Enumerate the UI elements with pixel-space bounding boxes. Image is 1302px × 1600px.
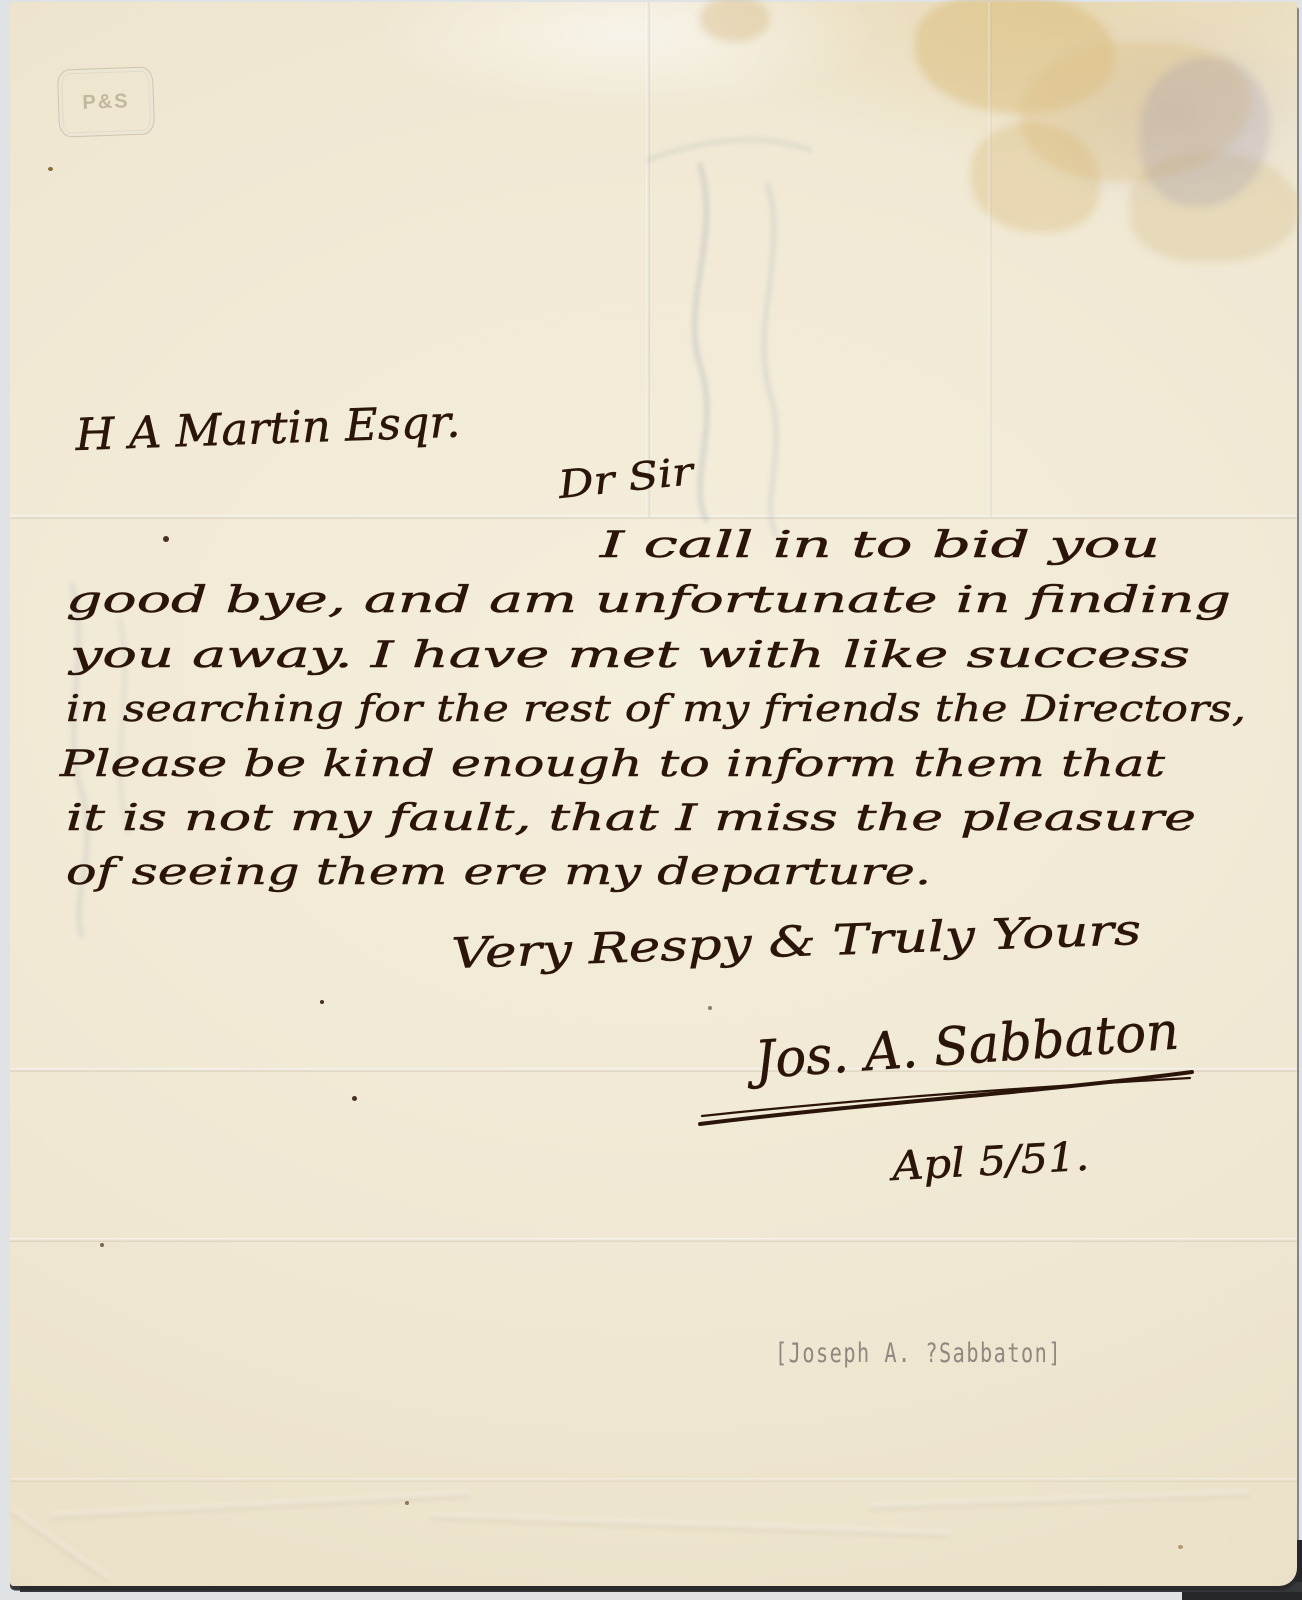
pencil-annotation: [Joseph A. ?Sabbaton] <box>775 1338 1062 1369</box>
scanned-letter-page: { "letter": { "recipient": "H A Martin E… <box>0 0 1302 1600</box>
body-line: I call in to bid you <box>598 525 1160 566</box>
handwriting-layer: H A Martin Esqr. Dr Sir I call in to bid… <box>0 0 1302 1600</box>
closing-line: Very Respy & Truly Yours <box>451 905 1142 978</box>
signature: Jos. A. Sabbaton <box>744 1001 1181 1091</box>
body-line: Please be kind enough to inform them tha… <box>59 744 1166 785</box>
body-line: in searching for the rest of my friends … <box>66 689 1246 730</box>
body-line: it is not my fault, that I miss the plea… <box>66 798 1196 839</box>
body-line: of seeing them ere my departure. <box>66 852 931 893</box>
recipient-line: H A Martin Esqr. <box>74 397 462 461</box>
salutation: Dr Sir <box>555 449 698 507</box>
date-line: Apl 5/51. <box>887 1134 1090 1190</box>
body-line: you away. I have met with like success <box>67 635 1190 676</box>
body-line: good bye, and am unfortunate in finding <box>66 580 1231 621</box>
